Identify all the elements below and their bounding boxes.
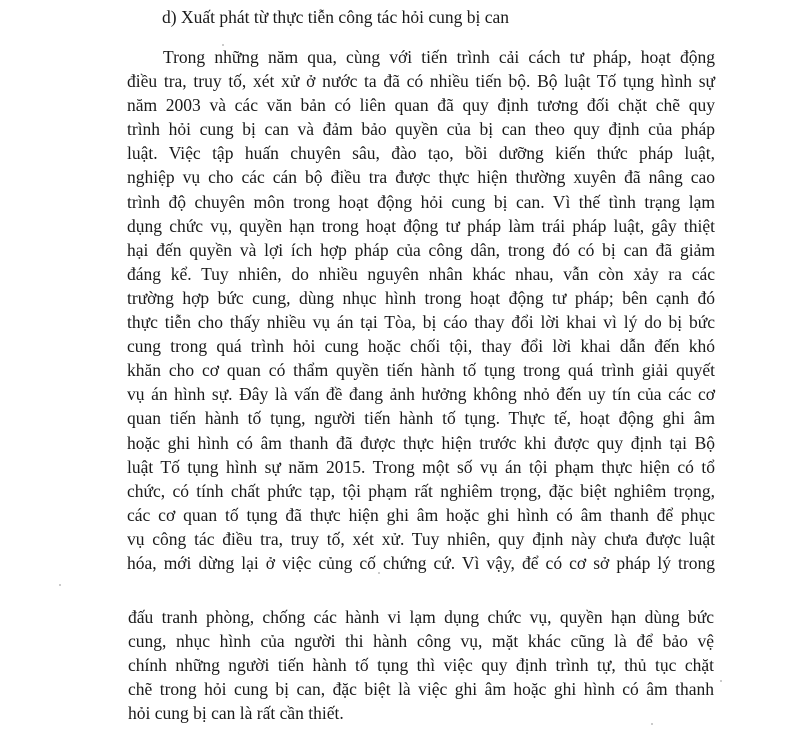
paragraph-line: vụ án hình sự. Đây là vấn đề đang ảnh hư… [127, 382, 715, 406]
paragraph-line: trường hợp bức cung, dùng nhục hình tron… [127, 286, 715, 310]
paragraph-line: đáng kể. Tuy nhiên, do nhiều nguyên nhân… [127, 262, 715, 286]
section-heading: d) Xuất phát từ thực tiễn công tác hỏi c… [162, 5, 509, 29]
paragraph-2: đấu tranh phòng, chống các hành vi lạm d… [128, 605, 714, 725]
paragraph-line: luật Tố tụng hình sự năm 2015. Trong một… [127, 455, 715, 479]
paragraph-line: hoặc ghi hình có âm thanh đã được thực h… [127, 431, 715, 455]
paragraph-line: hại đến quyền và lợi ích hợp pháp của cô… [127, 238, 715, 262]
paragraph-line: chức, có tính chất phức tạp, tội phạm rấ… [127, 479, 715, 503]
paragraph-line: trình hỏi cung bị can và đảm bảo quyền c… [127, 117, 715, 141]
paragraph-line: điều tra, truy tố, xét xử ở nước ta đã c… [127, 69, 715, 93]
paragraph-line: các cơ quan tố tụng đã thực hiện ghi âm … [127, 503, 715, 527]
paragraph-line: khăn cho cơ quan có thẩm quyền tiến hành… [127, 358, 715, 382]
paragraph-line: năm 2003 và các văn bản có liên quan đã … [127, 93, 715, 117]
paragraph-1: Trong những năm qua, cùng với tiến trình… [127, 45, 715, 575]
paragraph-line: cung trong quá trình hỏi cung hoặc chối … [127, 334, 715, 358]
paragraph-line: Trong những năm qua, cùng với tiến trình… [127, 45, 715, 69]
paragraph-line: đấu tranh phòng, chống các hành vi lạm d… [128, 605, 714, 629]
scan-speck [720, 680, 722, 682]
paragraph-line: dụng chức vụ, quyền hạn trong hoạt động … [127, 214, 715, 238]
scan-speck [59, 584, 61, 586]
paragraph-line: chính những người tiến hành tố tụng thì … [128, 653, 714, 677]
paragraph-line: cung, nhục hình của người thi hành công … [128, 629, 714, 653]
scan-speck [222, 44, 224, 46]
paragraph-line: hỏi cung bị can là rất cần thiết. [128, 701, 714, 725]
paragraph-line: thực tiễn cho thấy nhiều vụ án tại Tòa, … [127, 310, 715, 334]
paragraph-line: vụ công tác điều tra, truy tố, xét xử. T… [127, 527, 715, 551]
scan-speck [378, 572, 380, 574]
paragraph-line: nghiệp vụ cho các cán bộ điều tra được t… [127, 165, 715, 189]
paragraph-line: chẽ trong hỏi cung bị can, đặc biệt là v… [128, 677, 714, 701]
paragraph-line: hóa, mới dừng lại ở việc củng cố chứng c… [127, 551, 715, 575]
paragraph-line: quan tiến hành tố tụng, người tiến hành … [127, 406, 715, 430]
scan-speck [651, 723, 653, 725]
paragraph-line: trình độ chuyên môn trong hoạt động hỏi … [127, 190, 715, 214]
paragraph-line: luật. Việc tập huấn chuyên sâu, đào tạo,… [127, 141, 715, 165]
